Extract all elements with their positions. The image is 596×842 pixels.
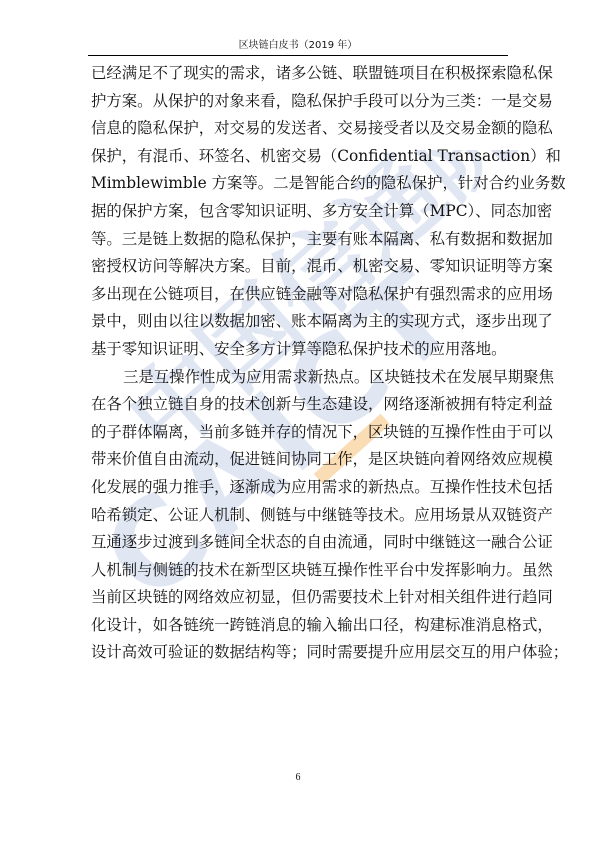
text-line: 保护，有混币、环签名、机密交易（Confidential Transaction… [91,143,511,171]
text-line: Mimblewimble 方案等。二是智能合约的隐私保护，针对合约业务数 [91,170,511,198]
text-line: 的子群体隔离，当前多链并存的情况下，区块链的互操作性由于可以 [91,419,511,447]
text-line: 人机制与侧链的技术在新型区块链互操作性平台中发挥影响力。虽然 [91,557,511,585]
paragraph-lead-heading: 三是互操作性成为应用需求新热点。 [123,368,369,386]
paragraph-interoperability: 三是互操作性成为应用需求新热点。区块链技术在发展早期聚焦 在各个独立链自身的技术… [91,364,511,668]
text-line-lead: 三是互操作性成为应用需求新热点。区块链技术在发展早期聚焦 [91,364,511,392]
text-line: 基于零知识证明、安全多方计算等隐私保护技术的应用落地。 [91,336,511,364]
header-rule [88,55,508,56]
text-line: 据的保护方案，包含零知识证明、多方安全计算（MPC）、同态加密 [91,198,511,226]
text-line: 密授权访问等解决方案。目前，混币、机密交易、零知识证明等方案 [91,253,511,281]
text-line: 设计高效可验证的数据结构等；同时需要提升应用层交互的用户体验； [91,639,511,667]
body-text: 已经满足不了现实的需求，诸多公链、联盟链项目在积极探索隐私保 护方案。从保护的对… [91,60,511,667]
document-page: 区块链白皮书（2019 年） CAICT 中国信通院 已经满足不了现实的需求，诸… [0,0,596,842]
running-header-title: 区块链白皮书（2019 年） [0,40,596,52]
text-line: 当前区块链的网络效应初显，但仍需要技术上针对相关组件进行趋同 [91,584,511,612]
text-line: 在各个独立链自身的技术创新与生态建设，网络逐渐被拥有特定利益 [91,391,511,419]
text-line: 景中，则由以往以数据加密、账本隔离为主的实现方式，逐步出现了 [91,308,511,336]
text-line: 信息的隐私保护，对交易的发送者、交易接受者以及交易金额的隐私 [91,115,511,143]
text-line: 哈希锁定、公证人机制、侧链与中继链等技术。应用场景从双链资产 [91,502,511,530]
text-line: 等。三是链上数据的隐私保护，主要有账本隔离、私有数据和数据加 [91,226,511,254]
page-number: 6 [0,772,596,783]
text-line: 带来价值自由流动，促进链间协同工作，是区块链向着网络效应规模 [91,446,511,474]
text-line: 已经满足不了现实的需求，诸多公链、联盟链项目在积极探索隐私保 [91,60,511,88]
text-line: 互通逐步过渡到多链间全状态的自由流通，同时中继链这一融合公证 [91,529,511,557]
paragraph-privacy: 已经满足不了现实的需求，诸多公链、联盟链项目在积极探索隐私保 护方案。从保护的对… [91,60,511,364]
text-line: 护方案。从保护的对象来看，隐私保护手段可以分为三类：一是交易 [91,88,511,116]
text-line: 多出现在公链项目，在供应链金融等对隐私保护有强烈需求的应用场 [91,281,511,309]
text-line-rest: 区块链技术在发展早期聚焦 [369,368,554,386]
text-line: 化设计，如各链统一跨链消息的输入输出口径，构建标准消息格式， [91,612,511,640]
text-line: 化发展的强力推手，逐渐成为应用需求的新热点。互操作性技术包括 [91,474,511,502]
